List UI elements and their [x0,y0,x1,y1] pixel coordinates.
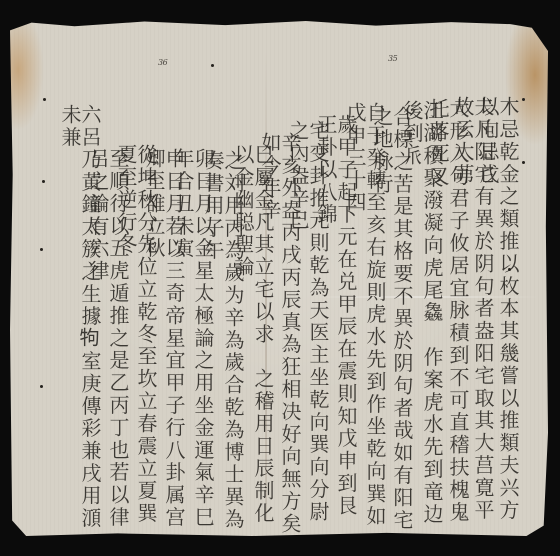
ink-dot [43,98,46,101]
ink-dot [40,248,43,251]
page-number-right: 35 [388,54,397,63]
manuscript-page: 36 35 木忌乾金之類推以枚本其㡬嘗以推類夫兴方以向忌戊 夫凡阳宅有異於阴句者… [10,20,548,536]
ink-dot [522,98,525,101]
text-column-16: 六呂乃黄鐘太簇之生據𤘽室庚傳彩兼戌用㴿未兼 [60,104,100,536]
ink-dot [522,161,525,164]
ink-dot [211,64,214,67]
ink-dot [40,385,43,388]
ink-dot [508,268,511,271]
ink-dot [42,180,45,183]
page-number-left: 36 [158,58,167,67]
